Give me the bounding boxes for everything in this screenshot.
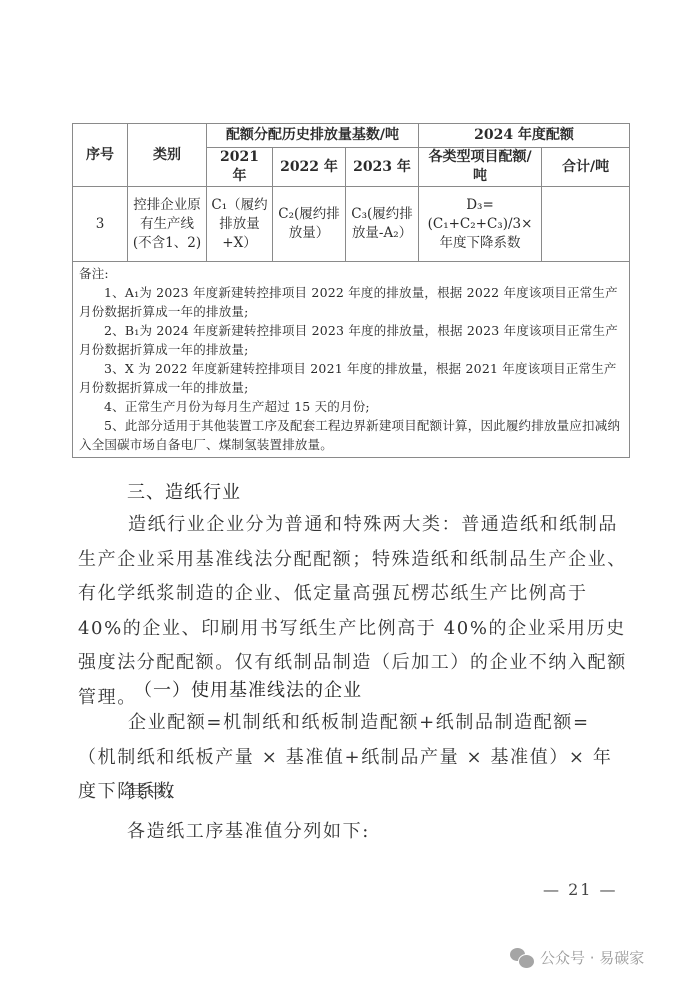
cell-total <box>542 187 630 262</box>
notes-cell: 备注: 1、A₁为 2023 年度新建转控排项目 2022 年度的排放量，根据 … <box>73 262 630 458</box>
watermark: 公众号 · 易碳家 <box>510 947 644 968</box>
header-2023: 2023 年 <box>346 148 419 187</box>
cell-2022: C₂(履约排放量） <box>273 187 346 262</box>
note-item: 3、X 为 2022 年度新建转控排项目 2021 年度的排放量，根据 2021… <box>79 359 625 397</box>
page-number: — 21 — <box>543 880 618 899</box>
cell-category: 控排企业原有生产线(不含1、2) <box>128 187 207 262</box>
header-category: 类别 <box>128 124 207 187</box>
cell-seq: 3 <box>73 187 128 262</box>
note-item: 1、A₁为 2023 年度新建转控排项目 2022 年度的排放量，根据 2022… <box>79 283 625 321</box>
watermark-text: 公众号 · 易碳家 <box>540 947 644 968</box>
note-item: 4、正常生产月份为每月生产超过 15 天的月份; <box>79 397 625 416</box>
document-page: 序号 类别 配额分配历史排放量基数/吨 2024 年度配额 2021 年 202… <box>0 0 700 990</box>
cell-per-type: D₃=(C₁+C₂+C₃)/3×年度下降系数 <box>419 187 542 262</box>
quota-table: 序号 类别 配额分配历史排放量基数/吨 2024 年度配额 2021 年 202… <box>72 123 630 458</box>
notes-label: 备注: <box>79 264 625 283</box>
header-seq: 序号 <box>73 124 128 187</box>
header-2022: 2022 年 <box>273 148 346 187</box>
cell-2023: C₃(履约排放量-A₂） <box>346 187 419 262</box>
wechat-icon <box>510 948 534 968</box>
list-intro: 各造纸工序基准值分列如下: <box>127 817 370 843</box>
header-history-group: 配额分配历史排放量基数/吨 <box>207 124 419 148</box>
header-quota-group: 2024 年度配额 <box>419 124 630 148</box>
subsection-title: （一）使用基准线法的企业 <box>134 676 362 702</box>
header-2021: 2021 年 <box>207 148 273 187</box>
header-per-type: 各类型项目配额/吨 <box>419 148 542 187</box>
section-title: 三、造纸行业 <box>127 478 241 504</box>
header-total: 合计/吨 <box>542 148 630 187</box>
table-row: 3 控排企业原有生产线(不含1、2) C₁（履约排放量+X） C₂(履约排放量）… <box>73 187 630 262</box>
cell-2021: C₁（履约排放量+X） <box>207 187 273 262</box>
note-item: 2、B₁为 2024 年度新建转控排项目 2023 年度的排放量，根据 2023… <box>79 321 625 359</box>
note-item: 5、此部分适用于其他装置工序及配套工程边界新建项目配额计算，因此履约排放量应扣减… <box>79 416 625 454</box>
among-label: 其中: <box>127 778 174 804</box>
